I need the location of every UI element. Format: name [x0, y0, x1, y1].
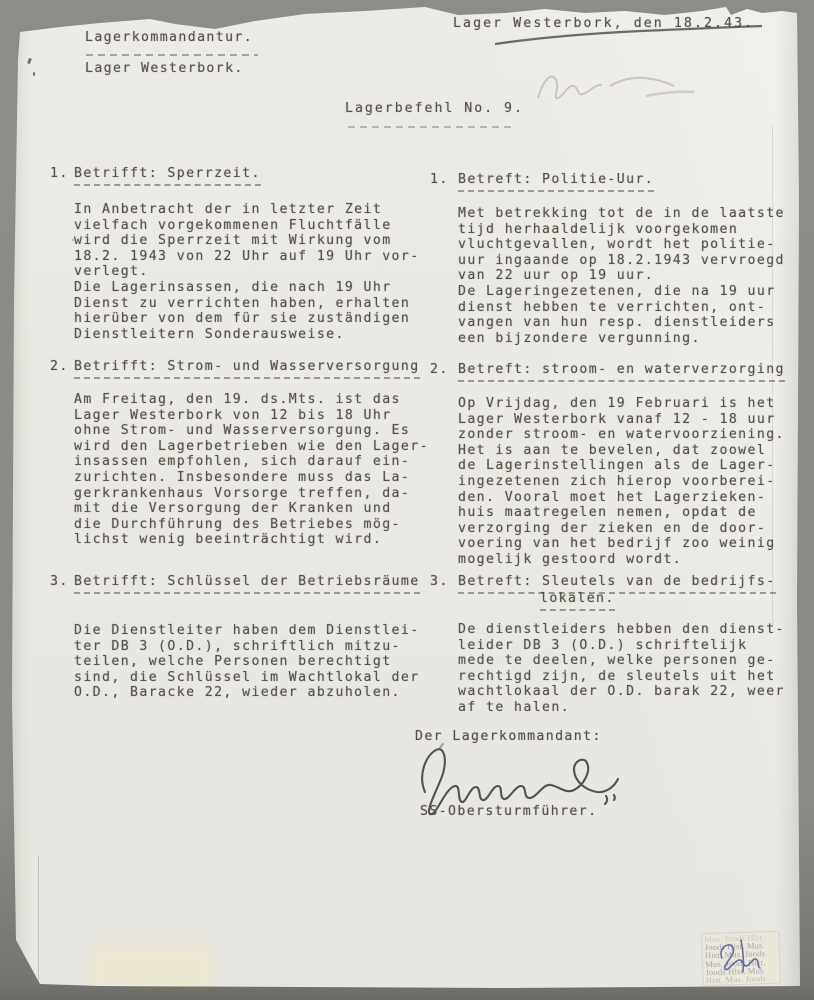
section-1-number-nl: 1.	[430, 172, 449, 188]
pencil-annotation	[538, 77, 694, 99]
typed-dashes-title	[348, 126, 516, 128]
section-2-heading-de: Betrifft: Strom- und Wasserversorgung	[74, 359, 420, 379]
header-office-line1: Lagerkommandantur.	[85, 30, 253, 46]
stamp-line: Hist. Mus. Joods	[706, 974, 780, 985]
section-3-heading-nl-line2: lokalen.	[540, 591, 615, 611]
section-3-number-nl: 3.	[430, 574, 449, 590]
page-title: Lagerbefehl No. 9.	[345, 101, 524, 117]
signature-title: Der Lagerkommandant:	[415, 729, 602, 745]
edge-speck	[27, 58, 32, 65]
section-1-body-de: In Anbetracht der in letzter Zeit vielfa…	[74, 202, 454, 342]
section-2-heading-nl: Betreft: stroom- en waterverzorging	[458, 362, 785, 382]
header-office: Lagerkommandantur. Lager Westerbork.	[85, 14, 253, 92]
museum-stamp: Mus. Joods Hist. Joods Hist. Mus. Hist. …	[702, 932, 780, 986]
tape-stain	[90, 944, 212, 994]
section-3-body-de: Die Dienstleiter haben dem Dienstlei- te…	[74, 623, 454, 701]
section-2-number-nl: 2.	[430, 362, 449, 378]
section-3-heading-de: Betrifft: Schlüssel der Betriebsräume	[74, 574, 420, 594]
typed-dashes-header	[86, 54, 258, 56]
section-2-body-de: Am Freitag, den 19. ds.Mts. ist das Lage…	[74, 392, 454, 548]
header-date: Lager Westerbork, den 18.2.43.	[453, 16, 754, 32]
section-1-heading-de: Betrifft: Sperrzeit.	[74, 166, 261, 186]
section-2-body-nl: Op Vrijdag, den 19 Februari is het Lager…	[458, 396, 803, 568]
section-1-body-nl: Met betrekking tot de in de laatste tijd…	[458, 206, 803, 346]
paper-crease	[38, 856, 39, 984]
paper-crease	[772, 126, 773, 626]
header-office-line2: Lager Westerbork.	[85, 61, 253, 77]
margin-speck	[72, 239, 74, 241]
signature-rank: SS-Obersturmführer.	[420, 804, 597, 820]
section-2-number-de: 2.	[50, 359, 69, 375]
section-3-heading-nl: Betreft: Sleutels van de bedrijfs-	[458, 574, 776, 594]
section-1-number-de: 1.	[50, 166, 69, 182]
document-page: Lagerkommandantur. Lager Westerbork. Lag…	[10, 6, 800, 988]
edge-speck	[33, 72, 35, 76]
section-3-body-nl: De dienstleiders hebben den dienst- leid…	[458, 622, 803, 716]
section-3-number-de: 3.	[50, 574, 69, 590]
section-1-heading-nl: Betreft: Politie-Uur.	[458, 172, 654, 192]
